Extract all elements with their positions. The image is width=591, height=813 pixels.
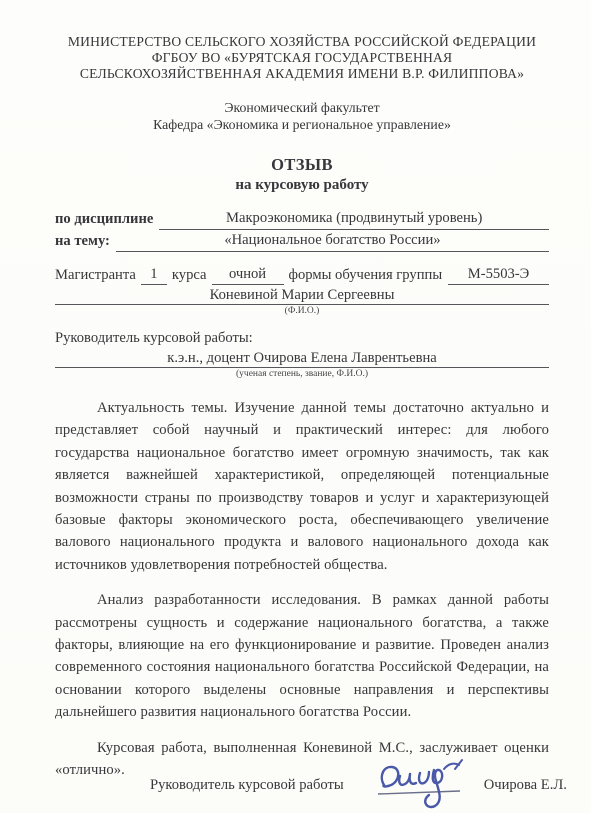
signature-name: Очирова Е.Л. <box>484 777 567 794</box>
faculty-line: Экономический факультет <box>55 99 549 116</box>
topic-label: на тему: <box>55 231 116 252</box>
department-line: Кафедра «Экономика и региональное управл… <box>55 116 549 133</box>
paragraph-analysis: Анализ разработанности исследования. В р… <box>55 589 549 723</box>
document-subtitle: на курсовую работу <box>55 175 549 196</box>
student-name-field: Коневиной Марии Сергеевны <box>55 286 549 305</box>
group-prefix-text: формы обучения группы <box>289 266 443 285</box>
discipline-row: по дисциплине Макроэкономика (продвинуты… <box>55 208 549 230</box>
ministry-line: МИНИСТЕРСТВО СЕЛЬСКОГО ХОЗЯЙСТВА РОССИЙС… <box>55 34 549 50</box>
paragraph-relevance: Актуальность темы. Изучение данной темы … <box>55 397 549 576</box>
review-body: Актуальность темы. Изучение данной темы … <box>55 397 549 782</box>
study-form-field: очной <box>212 265 284 285</box>
signature-row: Руководитель курсовой работы Очирова Е.Л… <box>55 757 549 813</box>
academy-line-2: СЕЛЬСКОХОЗЯЙСТВЕННАЯ АКАДЕМИЯ ИМЕНИ В.Р.… <box>55 66 549 82</box>
form-fields: по дисциплине Макроэкономика (продвинуты… <box>55 208 549 252</box>
discipline-value-field: Макроэкономика (продвинутый уровень) <box>159 208 549 230</box>
student-prefix: Магистранта <box>55 266 136 285</box>
course-word: курса <box>172 266 207 285</box>
topic-value-field: «Национальное богатство России» <box>116 230 549 252</box>
supervisor-block: Руководитель курсовой работы: к.э.н., до… <box>55 329 549 381</box>
academy-line-1: ФГБОУ ВО «БУРЯТСКАЯ ГОСУДАРСТВЕННАЯ <box>55 50 549 66</box>
supervisor-caption: (ученая степень, звание, Ф.И.О.) <box>55 368 549 381</box>
course-number-field: 1 <box>141 265 167 285</box>
org-subheader: Экономический факультет Кафедра «Экономи… <box>55 99 549 133</box>
letterhead: МИНИСТЕРСТВО СЕЛЬСКОГО ХОЗЯЙСТВА РОССИЙС… <box>55 34 549 82</box>
group-field: М-5503-Э <box>448 265 549 285</box>
review-document-page: МИНИСТЕРСТВО СЕЛЬСКОГО ХОЗЯЙСТВА РОССИЙС… <box>0 0 591 813</box>
supervisor-label: Руководитель курсовой работы: <box>55 329 549 348</box>
handwritten-signature-icon <box>374 757 470 813</box>
signature-label: Руководитель курсовой работы <box>150 777 344 794</box>
document-title-block: ОТЗЫВ на курсовую работу <box>55 154 549 196</box>
supervisor-name-field: к.э.н., доцент Очирова Елена Лаврентьевн… <box>55 349 549 368</box>
student-name-caption: (Ф.И.О.) <box>55 305 549 318</box>
student-block: Магистранта 1 курса очной формы обучения… <box>55 265 549 318</box>
document-title: ОТЗЫВ <box>55 154 549 175</box>
student-info-row: Магистранта 1 курса очной формы обучения… <box>55 265 549 285</box>
topic-row: на тему: «Национальное богатство России» <box>55 230 549 252</box>
discipline-label: по дисциплине <box>55 209 159 230</box>
